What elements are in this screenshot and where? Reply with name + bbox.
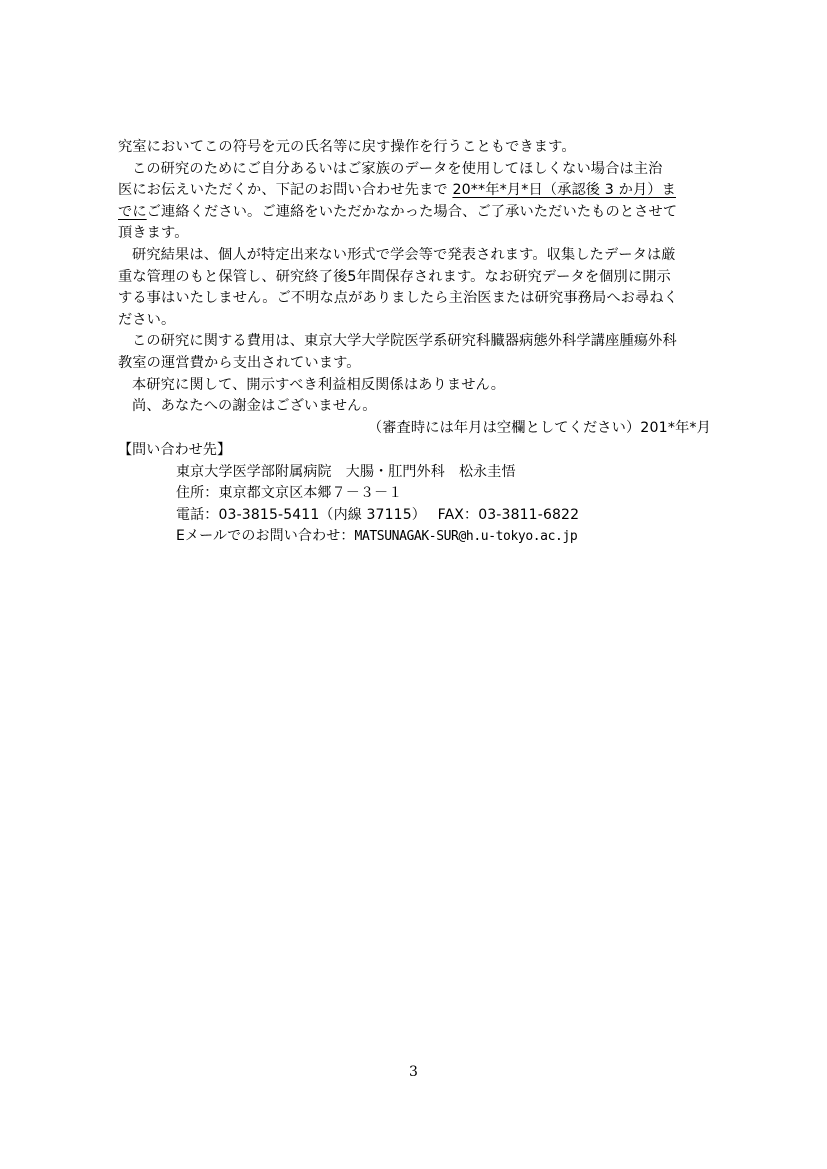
text-line: ださい。 xyxy=(118,310,711,332)
text-line: 頂きます。 xyxy=(118,223,711,245)
contact-heading: 【問い合わせ先】 xyxy=(118,440,718,462)
contact-phone: 電話：03-3815-5411（内線 37115） FAX：03-3811-68… xyxy=(118,505,718,527)
email-label: Eメールでのお問い合わせ： xyxy=(176,528,355,544)
text-line: 重な管理のもと保管し、研究終了後5年間保存されます。なお研究データを個別に開示 xyxy=(118,267,711,289)
text-line: 医にお伝えいただくか、下記のお問い合わせ先まで 20**年*月*日（承認後 3 … xyxy=(118,180,711,202)
text-segment: 医にお伝えいただくか、下記のお問い合わせ先まで xyxy=(118,182,452,198)
page-number: 3 xyxy=(0,1064,827,1080)
text-line: この研究に関する費用は、東京大学大学院医学系研究科臓器病態外科学講座腫瘍外科 xyxy=(118,331,711,353)
body-text: 究室においてこの符号を元の氏名等に戻す操作を行うこともできます。 この研究のため… xyxy=(118,137,711,439)
text-line: でにご連絡ください。ご連絡をいただかなかった場合、ご了承いただいたものとさせて xyxy=(118,202,711,224)
text-line: する事はいたしません。ご不明な点がありましたら主治医または研究事務局へお尋ねく xyxy=(118,288,711,310)
contact-department: 東京大学医学部附属病院 大腸・肛門外科 松永圭悟 xyxy=(118,462,718,484)
contact-email-line: Eメールでのお問い合わせ：MATSUNAGAK-SUR@h.u-tokyo.ac… xyxy=(118,526,718,548)
contact-address: 住所：東京都文京区本郷７－３－１ xyxy=(118,483,718,505)
text-line: 教室の運営費から支出されています。 xyxy=(118,353,711,375)
deadline-underlined: 20**年*月*日（承認後 3 か月）ま xyxy=(452,182,676,198)
text-line: 研究結果は、個人が特定出来ない形式で学会等で発表されます。収集したデータは厳 xyxy=(118,245,711,267)
text-line: 尚、あなたへの謝金はございません。 xyxy=(118,396,711,418)
date-note: （審査時には年月は空欄としてください）201*年*月 xyxy=(118,418,711,440)
text-line: 究室においてこの符号を元の氏名等に戻す操作を行うこともできます。 xyxy=(118,137,711,159)
text-segment: ご連絡ください。ご連絡をいただかなかった場合、ご了承いただいたものとさせて xyxy=(147,204,678,220)
text-line: この研究のためにご自分あるいはご家族のデータを使用してほしくない場合は主治 xyxy=(118,159,711,181)
email-address[interactable]: MATSUNAGAK-SUR@h.u-tokyo.ac.jp xyxy=(355,529,578,544)
deadline-underlined: でに xyxy=(118,204,147,220)
document-page: 究室においてこの符号を元の氏名等に戻す操作を行うこともできます。 この研究のため… xyxy=(0,0,827,1169)
text-line: 本研究に関して、開示すべき利益相反関係はありません。 xyxy=(118,375,711,397)
contact-block: 【問い合わせ先】 東京大学医学部附属病院 大腸・肛門外科 松永圭悟 住所：東京都… xyxy=(118,440,718,548)
